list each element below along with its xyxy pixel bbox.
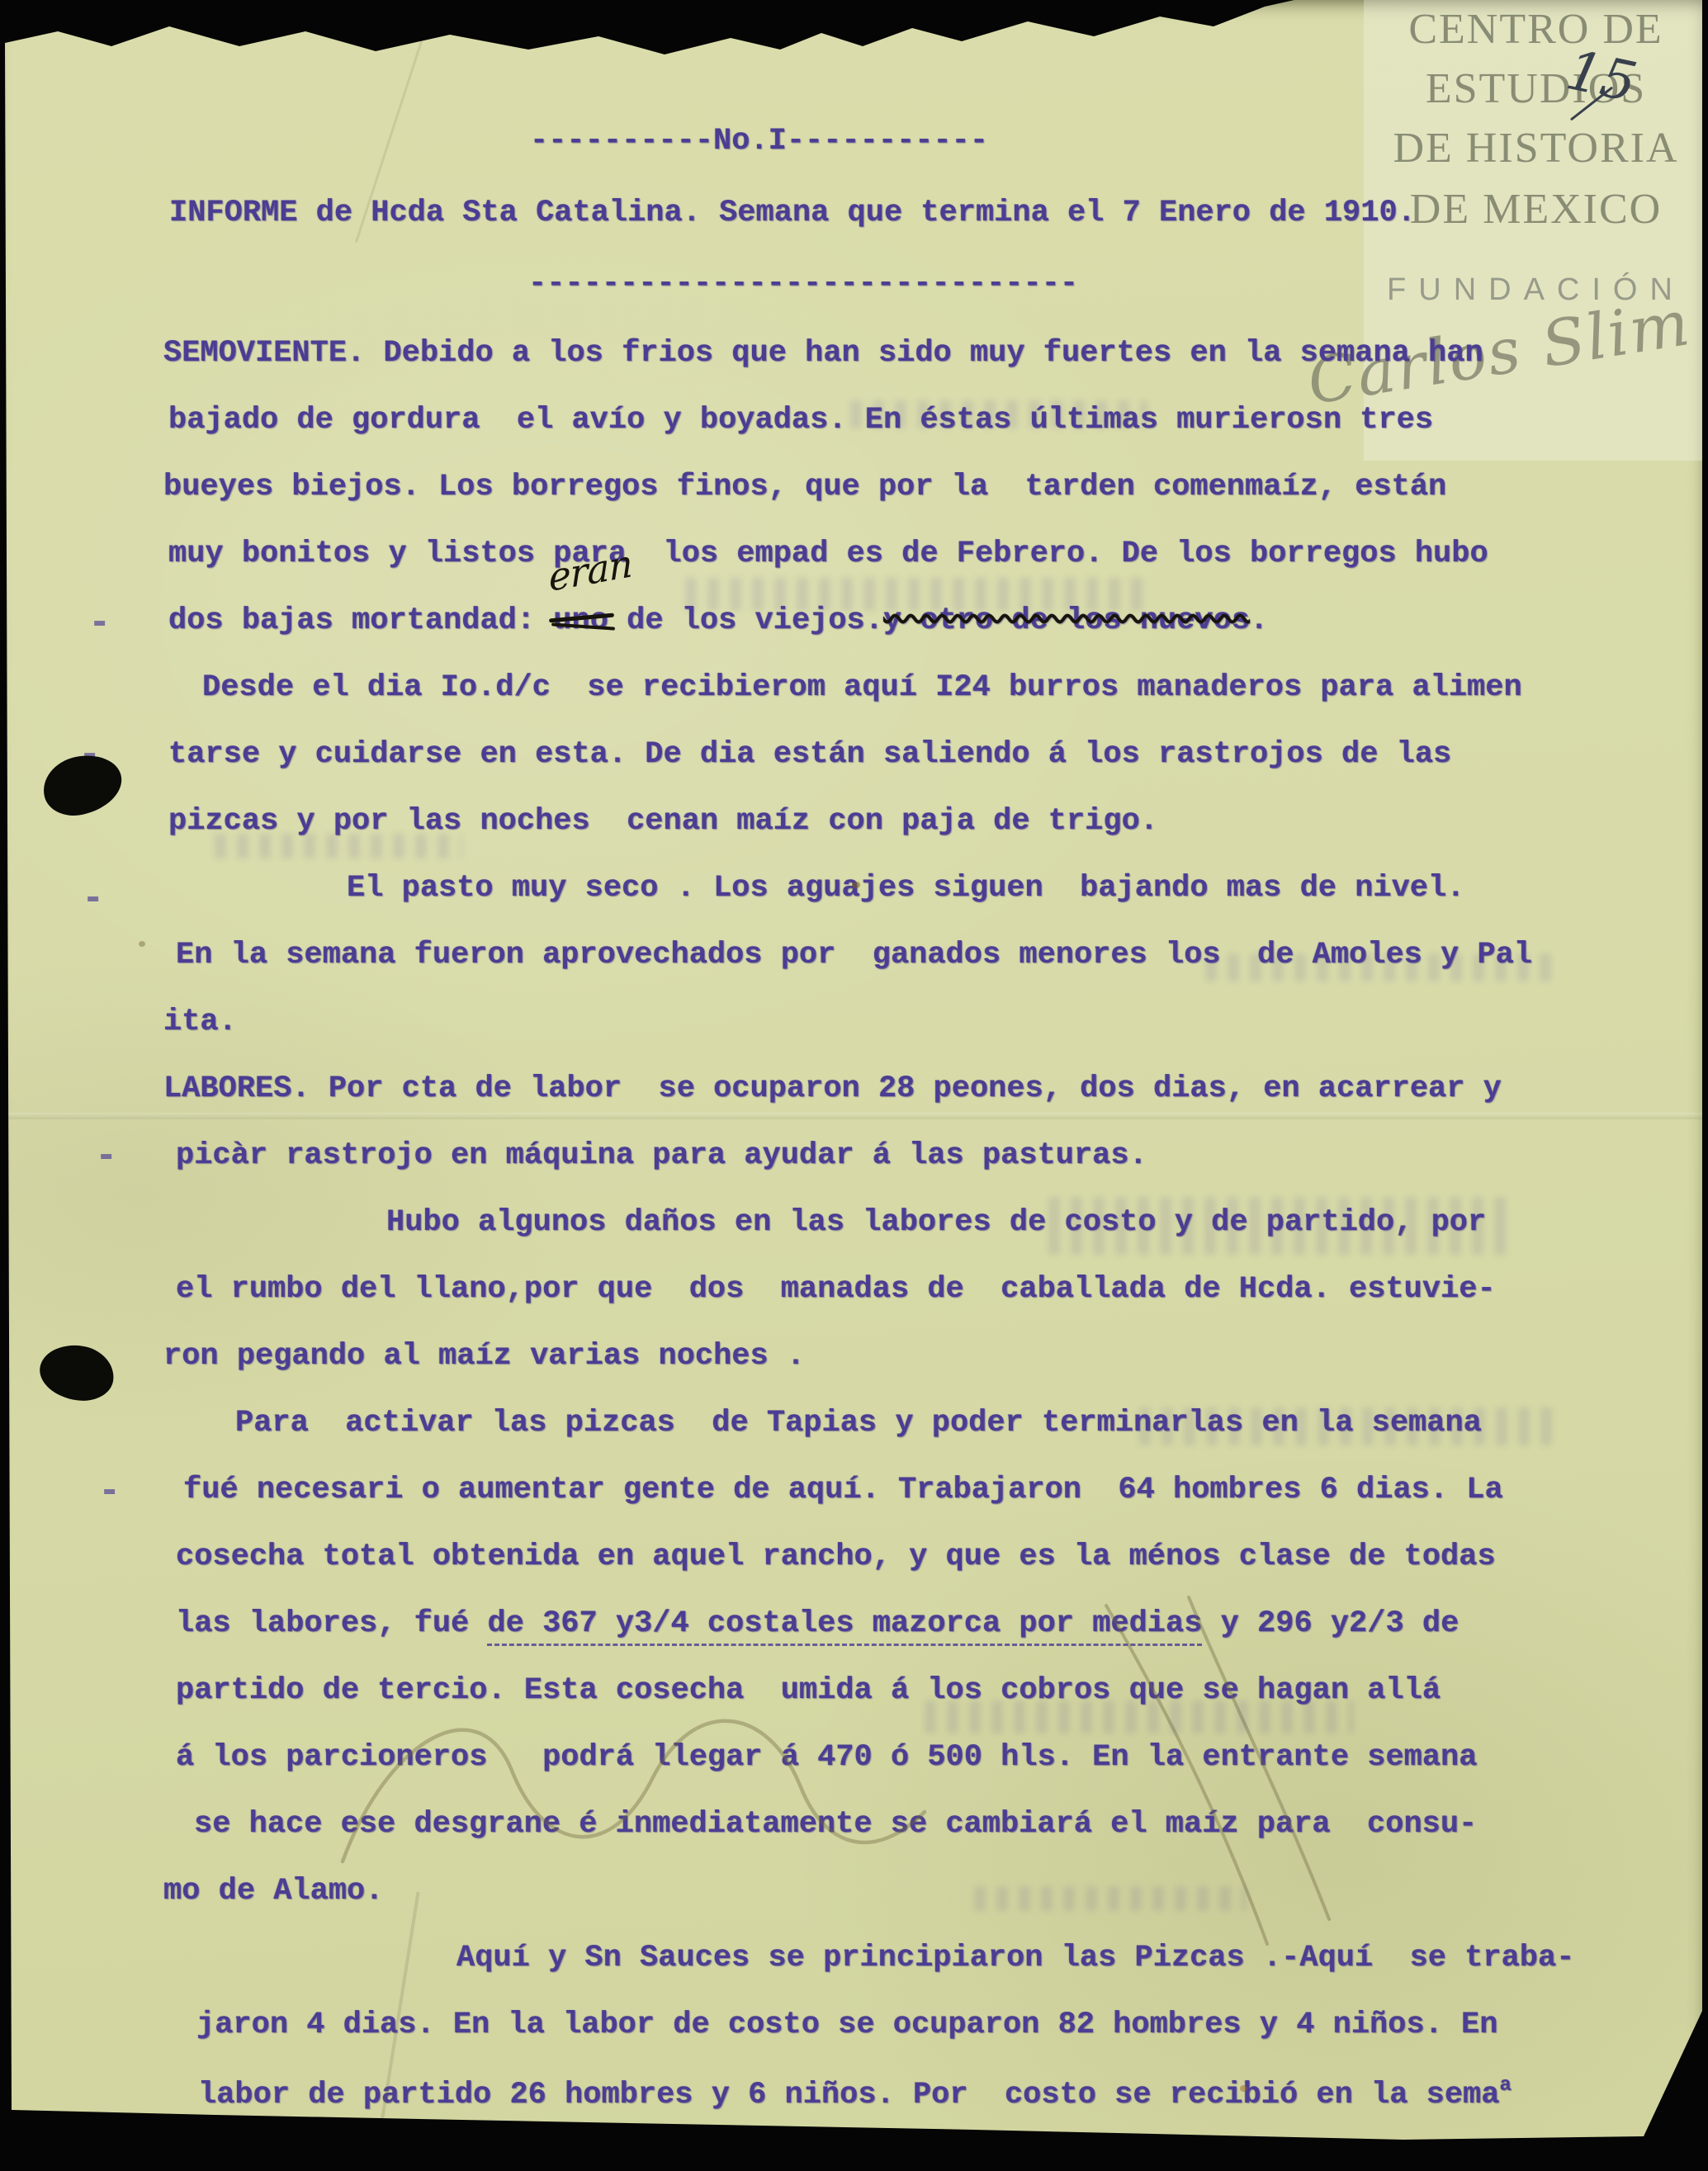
margin-dash-mark: -	[83, 877, 103, 917]
report-number-title: ----------No.I-----------	[530, 124, 988, 159]
document-page: CENTRO DE ESTUDIOS DE HISTORIA DE MEXICO…	[0, 0, 1708, 2171]
margin-dash-mark: -	[89, 601, 110, 641]
typed-line: cosecha total obtenida en aquel rancho, …	[176, 1540, 1496, 1575]
scanned-document-screenshot: CENTRO DE ESTUDIOS DE HISTORIA DE MEXICO…	[0, 0, 1708, 2171]
typed-line: SEMOVIENTE. Debido a los frios que han s…	[163, 336, 1483, 371]
ink-bleed-smudge	[215, 834, 462, 858]
typed-line: el rumbo del llano,por que dos manadas d…	[176, 1272, 1496, 1308]
crossed-out-word: uno	[553, 603, 608, 639]
report-heading: INFORME de Hcda Sta Catalina. Semana que…	[169, 196, 1416, 231]
typed-line: fué necesari o aumentar gente de aquí. T…	[183, 1473, 1503, 1508]
hole-punch	[38, 749, 127, 821]
typed-line: picàr rastrojo en máquina para ayudar á …	[176, 1138, 1147, 1174]
ink-bleed-smudge	[850, 400, 1147, 428]
typed-line: Desde el dia Io.d/c se recibierom aquí I…	[202, 670, 1522, 706]
last-line-main: labor de partido 26 hombres y 6 niños. P…	[198, 2078, 1499, 2112]
typed-line: ita.	[163, 1005, 237, 1040]
typed-line-last: labor de partido 26 hombres y 6 niños. P…	[198, 2074, 1512, 2113]
ink-bleed-smudge	[1205, 953, 1560, 981]
typed-line: bajado de gordura el avío y boyadas. En …	[168, 403, 1433, 438]
paper-speck	[852, 882, 860, 888]
paper-crease	[0, 1113, 1708, 1119]
mortandad-end: .	[1250, 603, 1268, 638]
ink-bleed-smudge	[1139, 1407, 1552, 1445]
last-line-superscript: a	[1499, 2074, 1511, 2097]
pencil-flourish	[264, 1589, 1387, 1969]
watermark-line-estudios: ESTUDIOS	[1364, 64, 1708, 113]
watermark-line-historia: DE HISTORIA	[1364, 124, 1708, 173]
typed-line: ron pegando al maíz varias noches .	[163, 1339, 805, 1374]
typed-line: tarse y cuidarse en esta. De dia están s…	[168, 737, 1451, 773]
heading-divider: ------------------------------	[528, 267, 1078, 302]
margin-dash-mark: -	[99, 1469, 120, 1510]
typed-line: El pasto muy seco . Los aguajes siguen b…	[347, 871, 1464, 906]
ink-bleed-smudge	[974, 1886, 1247, 1911]
paper-speck	[1240, 2085, 1247, 2092]
typed-line: muy bonitos y listos para los empad es d…	[168, 537, 1488, 572]
typed-line: LABORES. Por cta de labor se ocuparon 28…	[163, 1071, 1502, 1107]
ink-bleed-smudge	[685, 578, 1147, 611]
typed-line: bueyes biejos. Los borregos finos, que p…	[163, 470, 1446, 505]
typed-line: jaron 4 dias. En la labor de costo se oc…	[196, 2008, 1497, 2043]
paper-speck	[139, 941, 145, 947]
hole-punch	[36, 1341, 117, 1405]
mortandad-pre: dos bajas mortandad:	[168, 603, 553, 638]
ink-bleed-smudge	[1048, 1197, 1511, 1255]
watermark-line-centro: CENTRO DE	[1364, 5, 1708, 54]
ink-bleed-smudge	[925, 1700, 1354, 1733]
margin-dash-mark: -	[96, 1134, 116, 1175]
